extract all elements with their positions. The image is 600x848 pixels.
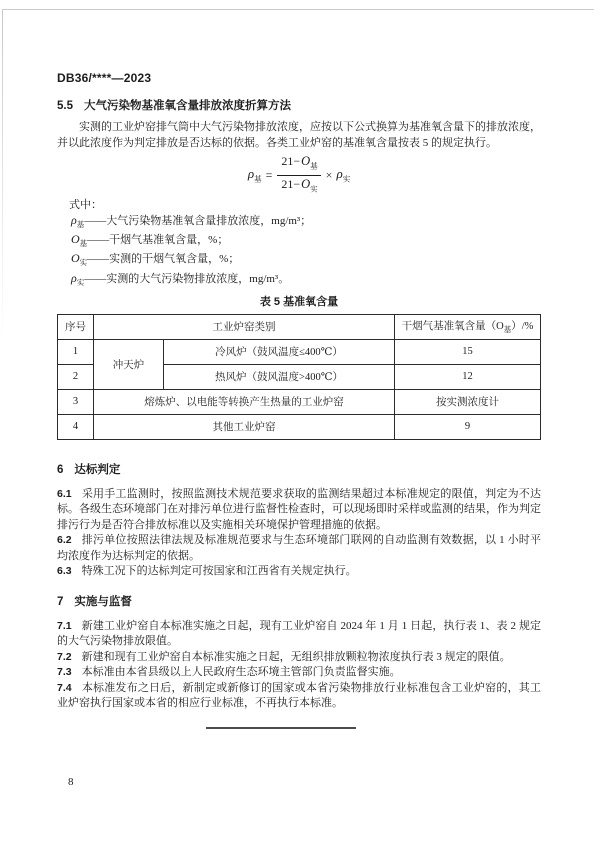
section-5-5-number: 5.5 [57, 100, 73, 112]
definition-o-measured: O实——实测的干烟气氧含量，%； [71, 251, 541, 270]
page-number: 8 [68, 776, 74, 788]
clause-6-2: 6.2排污单位按照法律法规及标准规范要求与生态环境部门联网的自动监测有效数据，以… [57, 533, 541, 564]
symbol-definitions: ρ基——大气污染物基准氧含量排放浓度，mg/m³； O基——干烟气基准氧含量，%… [71, 213, 541, 290]
section-6-number: 6 [57, 464, 63, 476]
cell-oxygen-value: 9 [395, 414, 541, 439]
standard-code-header: DB36/****—2023 [57, 72, 541, 85]
section-7-number: 7 [57, 596, 63, 608]
end-of-text-divider [206, 727, 356, 729]
cell-oxygen-value: 15 [395, 339, 541, 364]
header-cell-furnace-type: 工业炉窑类别 [94, 314, 395, 339]
table-5-baseline-oxygen: 序号 工业炉窑类别 干烟气基准氧含量（O基）/% 1 冲天炉 冷风炉（鼓风温度≤… [57, 314, 541, 440]
section-5-5-title: 大气污染物基准氧含量排放浓度折算方法 [84, 100, 291, 112]
cell-furnace-type: 热风炉（鼓风温度>400℃） [164, 364, 395, 389]
cell-no: 2 [58, 364, 94, 389]
fraction-denominator: 21−O实 [277, 176, 320, 197]
table-row: 3 熔炼炉、以电能等转换产生热量的工业炉窑 按实测浓度计 [58, 389, 541, 414]
cell-furnace-type: 熔炼炉、以电能等转换产生热量的工业炉窑 [94, 389, 395, 414]
equals-sign: = [265, 168, 274, 183]
definition-o-base: O基——干烟气基准氧含量，%； [71, 232, 541, 251]
section-5-5-paragraph: 实测的工业炉窑排气筒中大气污染物排放浓度，应按以下公式换算为基准氧含量下的排放浓… [57, 120, 541, 151]
cell-furnace-type: 其他工业炉窑 [94, 414, 395, 439]
section-5-5-heading: 5.5大气污染物基准氧含量排放浓度折算方法 [57, 98, 541, 114]
formula-fraction: 21−O基 21−O实 [277, 154, 320, 196]
clause-7-2: 7.2新建和现有工业炉窑自本标准实施之日起，无组织排放颗粒物浓度执行表 3 规定… [57, 650, 541, 666]
clause-7-1: 7.1新建工业炉窑自本标准实施之日起，现有工业炉窑自 2024 年 1 月 1 … [57, 619, 541, 650]
cell-oxygen-value: 12 [395, 364, 541, 389]
clause-6-3: 6.3特殊工况下的达标判定可按国家和江西省有关规定执行。 [57, 564, 541, 580]
clause-7-4: 7.4本标准发布之日后，新制定或新修订的国家或本省污染物排放行业标准包含工业炉窑… [57, 681, 541, 712]
cell-furnace-group: 冲天炉 [94, 339, 164, 389]
table-row: 1 冲天炉 冷风炉（鼓风温度≤400℃） 15 [58, 339, 541, 364]
table-5-caption: 表 5 基准氧含量 [57, 295, 541, 309]
scan-edge-left [2, 9, 3, 339]
table-row: 4 其他工业炉窑 9 [58, 414, 541, 439]
cell-no: 1 [58, 339, 94, 364]
conversion-formula: ρ基 = 21−O基 21−O实 × ρ实 [57, 154, 541, 196]
page-content: DB36/****—2023 5.5大气污染物基准氧含量排放浓度折算方法 实测的… [57, 72, 541, 729]
definition-rho-measured: ρ实——实测的大气污染物排放浓度，mg/m³。 [71, 271, 541, 290]
section-6-title: 达标判定 [74, 464, 120, 476]
section-7-clauses: 7.1新建工业炉窑自本标准实施之日起，现有工业炉窑自 2024 年 1 月 1 … [57, 619, 541, 712]
fraction-numerator: 21−O基 [277, 154, 320, 176]
definition-rho-base: ρ基——大气污染物基准氧含量排放浓度，mg/m³； [71, 213, 541, 232]
document-page: DB36/****—2023 5.5大气污染物基准氧含量排放浓度折算方法 实测的… [0, 0, 600, 848]
formula-rhs: ρ实 [336, 166, 350, 185]
section-7-title: 实施与监督 [74, 596, 132, 608]
clause-6-1: 6.1采用手工监测时，按照监测技术规范要求获取的监测结果超过本标准规定的限值，判… [57, 487, 541, 534]
cell-no: 4 [58, 414, 94, 439]
clause-7-3: 7.3本标准由本省县级以上人民政府生态环境主管部门负责监督实施。 [57, 665, 541, 681]
where-label: 式中： [69, 198, 541, 212]
scan-edge-top [2, 9, 594, 10]
section-6-heading: 6达标判定 [57, 462, 541, 478]
formula-lhs: ρ基 [248, 166, 262, 185]
header-cell-no: 序号 [58, 314, 94, 339]
section-7-heading: 7实施与监督 [57, 594, 541, 610]
cell-oxygen-value: 按实测浓度计 [395, 389, 541, 414]
cell-furnace-type: 冷风炉（鼓风温度≤400℃） [164, 339, 395, 364]
times-sign: × [325, 168, 334, 183]
cell-no: 3 [58, 389, 94, 414]
table-header-row: 序号 工业炉窑类别 干烟气基准氧含量（O基）/% [58, 314, 541, 339]
section-6-clauses: 6.1采用手工监测时，按照监测技术规范要求获取的监测结果超过本标准规定的限值，判… [57, 487, 541, 580]
header-cell-oxygen: 干烟气基准氧含量（O基）/% [395, 314, 541, 339]
